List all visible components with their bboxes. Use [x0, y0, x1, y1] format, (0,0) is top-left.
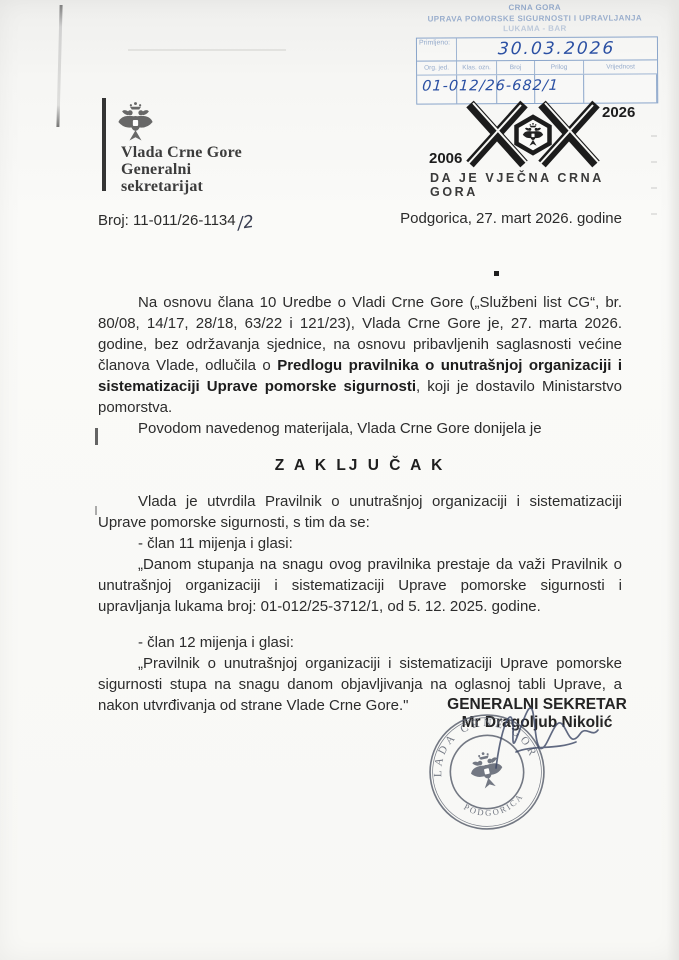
anniversary-logo: 2026 2006 DA JE VJEČNA CRNA GORA	[420, 100, 650, 199]
org-unit-line2: sekretarijat	[121, 178, 242, 195]
handwritten-signature	[486, 690, 606, 790]
receipt-header-row: Org. jed. Klas. ozn. Broj Prilog Vrijedn…	[417, 60, 657, 75]
paragraph-intro: Povodom navedenog materijala, Vlada Crne…	[98, 418, 622, 439]
ink-dot-artifact	[494, 271, 499, 276]
letterhead-text: Vlada Crne Gore Generalni sekretarijat	[121, 144, 242, 195]
item1-text: „Danom stupanja na snagu ovog pravilnika…	[98, 554, 622, 617]
col-org-jed: Org. jed.	[417, 61, 457, 74]
xx-monogram-graphic: 2026 2006	[420, 100, 650, 168]
logo-year-end: 2026	[602, 104, 635, 121]
reference-number: Broj: 11-011/26-1134/2	[98, 210, 253, 230]
staple-mark	[56, 5, 62, 127]
receipt-stamp: CRNA GORA UPRAVA POMORSKE SIGURNOSTI I U…	[408, 2, 663, 104]
org-unit-line1: Generalni	[121, 161, 242, 178]
edge-pencil-marks	[651, 135, 657, 235]
handwritten-date: 30.03.2026	[498, 38, 617, 59]
col-broj: Broj	[497, 60, 535, 73]
svg-text:PODGORICA: PODGORICA	[461, 790, 529, 824]
received-label: Primljeno:	[417, 38, 457, 60]
col-klas-ozn: Klas. ozn.	[457, 61, 497, 74]
conclusion-heading: Z A K LJ U Č A K	[98, 455, 622, 476]
handwritten-case-number: 01-012/26-682/1	[422, 77, 560, 94]
paragraph-decision: Vlada je utvrdila Pravilnik o unutrašnjo…	[98, 491, 622, 533]
paragraph-legal-basis: Na osnovu člana 10 Uredbe o Vladi Crne G…	[98, 292, 622, 418]
logo-slogan: DA JE VJEČNA CRNA GORA	[420, 171, 650, 199]
seal-text-bottom: PODGORICA	[461, 790, 529, 824]
receipt-value-row: 01-012/26-682/1	[417, 74, 657, 103]
document-body: Na osnovu člana 10 Uredbe o Vladi Crne G…	[98, 292, 622, 716]
coat-of-arms-icon	[117, 101, 154, 142]
org-name: Vlada Crne Gore	[121, 144, 242, 161]
scan-line-artifact	[128, 49, 286, 51]
place-date: Podgorica, 27. mart 2026. godine	[400, 210, 622, 230]
col-prilog: Prilog	[535, 60, 584, 73]
received-date-cell: 30.03.2026	[457, 37, 657, 60]
empty-cell	[584, 74, 657, 102]
reference-number-text: Broj: 11-011/26-1134	[98, 212, 236, 229]
receipt-row-received: Primljeno: 30.03.2026	[417, 37, 657, 61]
document-page: CRNA GORA UPRAVA POMORSKE SIGURNOSTI I U…	[0, 0, 679, 960]
letterhead-divider-bar	[102, 98, 106, 191]
item2-intro: - član 12 mijenja i glasi:	[98, 632, 622, 653]
receipt-stamp-table: Primljeno: 30.03.2026 Org. jed. Klas. oz…	[416, 36, 658, 104]
item1-intro: - član 11 mijenja i glasi:	[98, 533, 622, 554]
receipt-stamp-org: CRNA GORA UPRAVA POMORSKE SIGURNOSTI I U…	[408, 2, 662, 35]
col-vrijednost: Vrijednost	[584, 60, 657, 73]
logo-year-start: 2006	[429, 150, 462, 167]
margin-tick-artifact	[95, 506, 97, 515]
receipt-org-line3: LUKAMA - BAR	[408, 23, 662, 35]
handwritten-suffix: /2	[236, 212, 255, 234]
reference-row: Broj: 11-011/26-1134/2 Podgorica, 27. ma…	[98, 210, 622, 230]
